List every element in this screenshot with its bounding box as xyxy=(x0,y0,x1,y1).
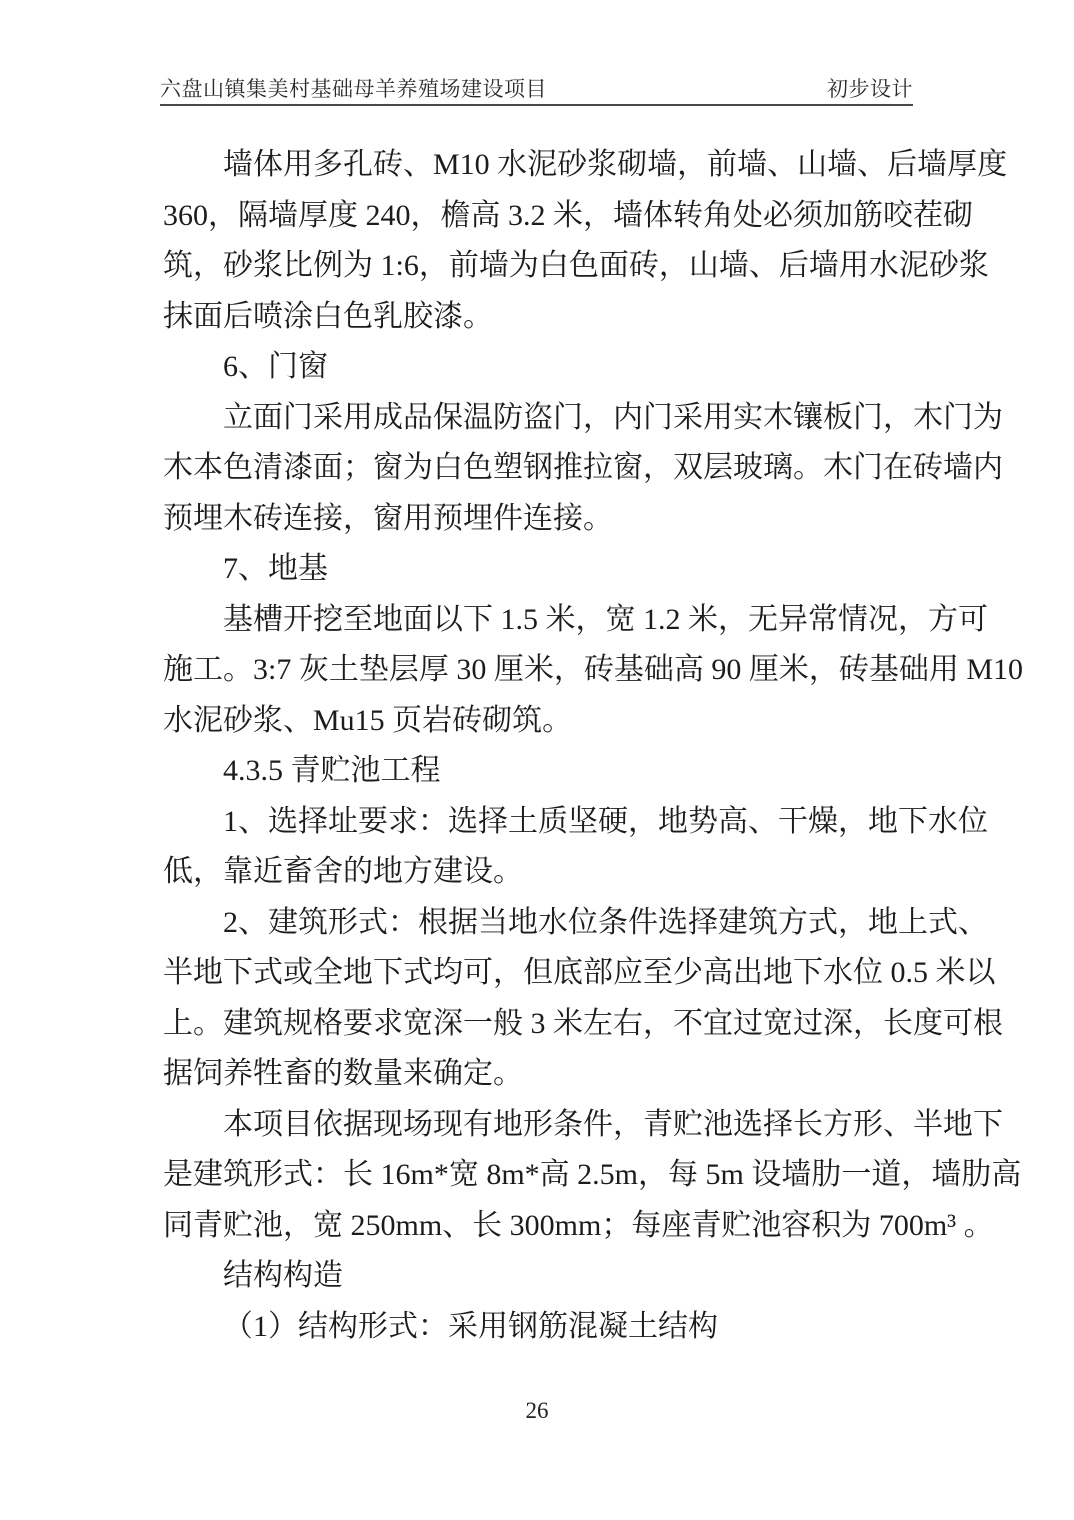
paragraph-line: 施工。3:7 灰土垫层厚 30 厘米，砖基础高 90 厘米，砖基础用 M10 xyxy=(163,645,910,696)
paragraph-line: 墙体用多孔砖、M10 水泥砂浆砌墙，前墙、山墙、后墙厚度 xyxy=(163,140,910,191)
paragraph-line: 360，隔墙厚度 240，檐高 3.2 米，墙体转角处必须加筋咬茬砌 xyxy=(163,191,910,242)
paragraph-line: 低，靠近畜舍的地方建设。 xyxy=(163,847,910,898)
paragraph-line: 筑，砂浆比例为 1:6，前墙为白色面砖，山墙、后墙用水泥砂浆 xyxy=(163,241,910,292)
header-project-title: 六盘山镇集美村基础母羊养殖场建设项目 xyxy=(160,74,547,104)
heading-section-4-3-5-silage-pit: 4.3.5 青贮池工程 xyxy=(163,746,910,797)
list-item-structure-form: （1）结构形式：采用钢筋混凝土结构 xyxy=(163,1302,910,1353)
document-body: 墙体用多孔砖、M10 水泥砂浆砌墙，前墙、山墙、后墙厚度 360，隔墙厚度 24… xyxy=(163,140,910,1352)
page-number: 26 xyxy=(526,1398,549,1423)
paragraph-line: 木本色清漆面；窗为白色塑钢推拉窗，双层玻璃。木门在砖墙内 xyxy=(163,443,910,494)
paragraph-line: 基槽开挖至地面以下 1.5 米，宽 1.2 米，无异常情况，方可 xyxy=(163,595,910,646)
paragraph-line: 1、选择址要求：选择土质坚硬，地势高、干燥，地下水位 xyxy=(163,797,910,848)
document-page: 六盘山镇集美村基础母羊养殖场建设项目 初步设计 墙体用多孔砖、M10 水泥砂浆砌… xyxy=(0,0,1074,1520)
heading-section-6-doors-windows: 6、门窗 xyxy=(163,342,910,393)
paragraph-line: 抹面后喷涂白色乳胶漆。 xyxy=(163,292,910,343)
paragraph-line: 半地下式或全地下式均可，但底部应至少高出地下水位 0.5 米以 xyxy=(163,948,910,999)
paragraph-line: 预埋木砖连接，窗用预埋件连接。 xyxy=(163,494,910,545)
paragraph-line: 同青贮池，宽 250mm、长 300mm；每座青贮池容积为 700m³ 。 xyxy=(163,1201,910,1252)
paragraph-line: 是建筑形式：长 16m*宽 8m*高 2.5m，每 5m 设墙肋一道，墙肋高 xyxy=(163,1150,910,1201)
paragraph-line: 水泥砂浆、Mu15 页岩砖砌筑。 xyxy=(163,696,910,747)
page-header: 六盘山镇集美村基础母羊养殖场建设项目 初步设计 xyxy=(160,70,913,106)
paragraph-line: 立面门采用成品保温防盗门，内门采用实木镶板门，木门为 xyxy=(163,393,910,444)
page-footer: 26 xyxy=(0,1398,1074,1424)
paragraph-line: 据饲养牲畜的数量来确定。 xyxy=(163,1049,910,1100)
header-doc-type: 初步设计 xyxy=(827,74,913,104)
heading-section-7-foundation: 7、地基 xyxy=(163,544,910,595)
paragraph-line: 上。建筑规格要求宽深一般 3 米左右，不宜过宽过深，长度可根 xyxy=(163,999,910,1050)
paragraph-line: 2、建筑形式：根据当地水位条件选择建筑方式，地上式、 xyxy=(163,898,910,949)
heading-structure: 结构构造 xyxy=(163,1251,910,1302)
paragraph-line: 本项目依据现场现有地形条件，青贮池选择长方形、半地下 xyxy=(163,1100,910,1151)
